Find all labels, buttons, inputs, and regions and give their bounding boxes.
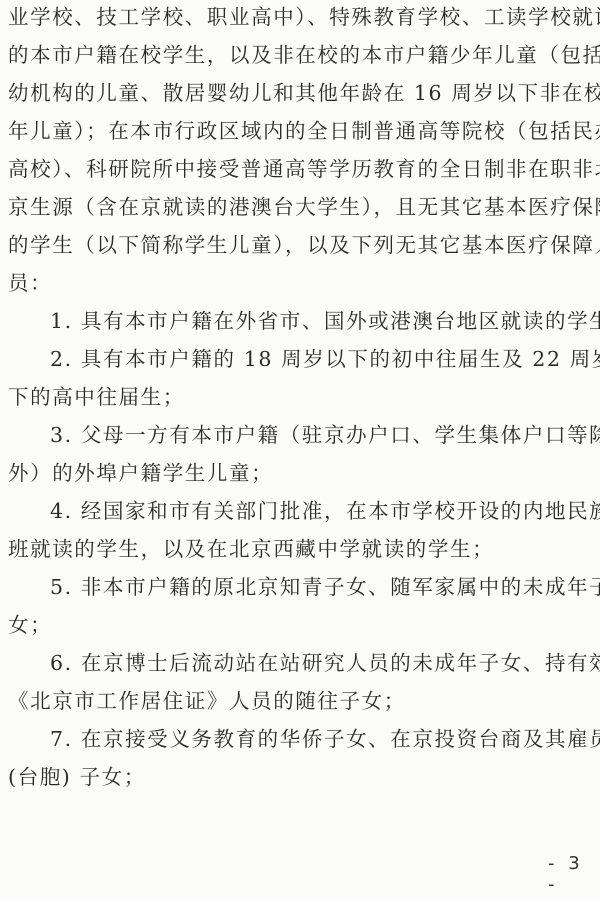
paragraph-line: 的学生（以下简称学生儿童），以及下列无其它基本医疗保障人	[8, 233, 592, 257]
list-item-3: 3. 父母一方有本市户籍（驻京办户口、学生集体户口等除	[50, 423, 592, 447]
list-item-6: 6. 在京博士后流动站在站研究人员的未成年子女、持有效	[50, 651, 592, 675]
paragraph-line: 年儿童）；在本市行政区域内的全日制普通高等院校（包括民办	[8, 119, 592, 143]
list-item-7: 7. 在京接受义务教育的华侨子女、在京投资台商及其雇员	[50, 727, 592, 751]
list-item-5: 5. 非本市户籍的原北京知青子女、随军家属中的未成年子	[50, 575, 592, 599]
list-item-7-continued: (台胞) 子女；	[8, 765, 592, 789]
list-item-1: 1. 具有本市户籍在外省市、国外或港澳台地区就读的学生；	[50, 309, 592, 333]
list-item-2-continued: 下的高中往届生；	[8, 385, 592, 409]
list-item-2: 2. 具有本市户籍的 18 周岁以下的初中往届生及 22 周岁以	[50, 347, 592, 371]
paragraph-line: 员：	[8, 271, 592, 295]
page-number: - 3 -	[548, 853, 600, 895]
list-item-3-continued: 外）的外埠户籍学生儿童；	[8, 461, 592, 485]
paragraph-line: 业学校、技工学校、职业高中）、特殊教育学校、工读学校就读	[8, 5, 592, 29]
paragraph-line: 幼机构的儿童、散居婴幼儿和其他年龄在 16 周岁以下非在校少	[8, 81, 592, 105]
document-page: 业学校、技工学校、职业高中）、特殊教育学校、工读学校就读 的本市户籍在校学生，以…	[0, 0, 600, 900]
paragraph-line: 的本市户籍在校学生，以及非在校的本市户籍少年儿童（包括托	[8, 43, 592, 67]
list-item-5-continued: 女；	[8, 613, 592, 637]
list-item-4: 4. 经国家和市有关部门批准，在本市学校开设的内地民族	[50, 499, 592, 523]
paragraph-line: 高校）、科研院所中接受普通高等学历教育的全日制非在职非北	[8, 157, 592, 181]
list-item-4-continued: 班就读的学生，以及在北京西藏中学就读的学生；	[8, 537, 592, 561]
paragraph-line: 京生源（含在京就读的港澳台大学生），且无其它基本医疗保障	[8, 195, 592, 219]
list-item-6-continued: 《北京市工作居住证》人员的随往子女；	[8, 689, 592, 713]
